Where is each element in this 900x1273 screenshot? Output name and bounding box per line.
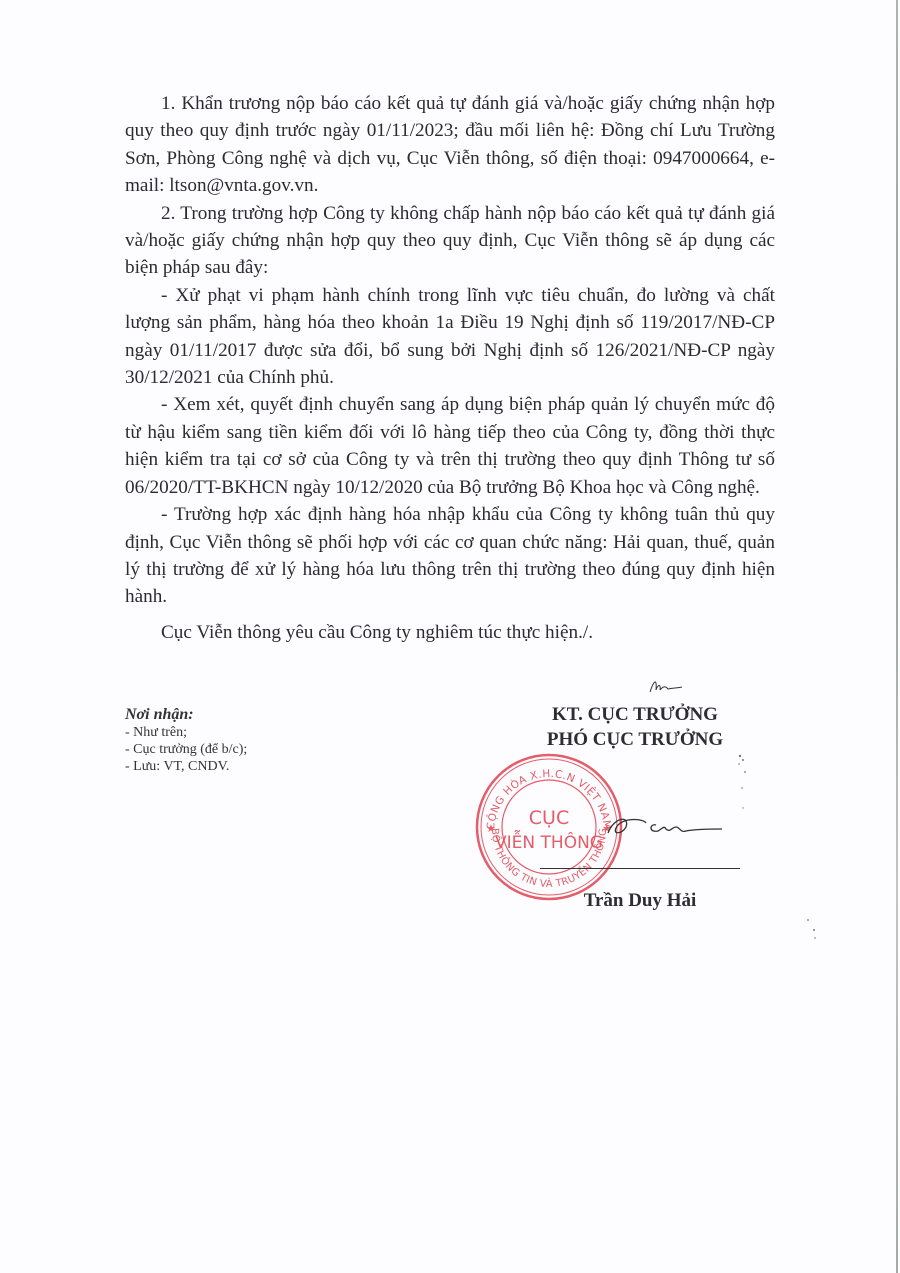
closing-statement: Cục Viễn thông yêu cầu Công ty nghiêm tú… <box>125 619 775 646</box>
svg-text:CỤC: CỤC <box>529 807 569 829</box>
signer-name: Trần Duy Hải <box>560 890 720 912</box>
recipients-block: Nơi nhận: - Như trên; - Cục trưởng (để b… <box>125 706 247 775</box>
recipient-item: - Cục trưởng (để b/c); <box>125 741 247 758</box>
scan-noise-specks <box>730 750 830 970</box>
signature-line <box>540 868 740 869</box>
paragraph-measures-intro: 2. Trong trường hợp Công ty không chấp h… <box>125 200 775 282</box>
paragraph-measure-coordination: - Trường hợp xác định hàng hóa nhập khẩu… <box>125 501 775 611</box>
letter-body: 1. Khẩn trương nộp báo cáo kết quả tự đá… <box>125 90 775 646</box>
recipient-item: - Lưu: VT, CNDV. <box>125 758 247 775</box>
svg-text:★: ★ <box>486 822 496 835</box>
signer-authority: KT. CỤC TRƯỞNG <box>510 702 760 727</box>
handwritten-signature-icon <box>600 805 730 845</box>
paragraph-measure-inspection: - Xem xét, quyết định chuyển sang áp dụn… <box>125 391 775 501</box>
svg-text:VIỄN THÔNG: VIỄN THÔNG <box>495 829 603 853</box>
recipients-title: Nơi nhận: <box>125 706 247 723</box>
paragraph-measure-penalty: - Xử phạt vi phạm hành chính trong lĩnh … <box>125 282 775 392</box>
paragraph-deadline: 1. Khẩn trương nộp báo cáo kết quả tự đá… <box>125 90 775 200</box>
signature-title-block: KT. CỤC TRƯỞNG PHÓ CỤC TRƯỞNG <box>510 702 760 752</box>
page-edge-shadow <box>896 0 898 1273</box>
recipient-item: - Như trên; <box>125 724 247 741</box>
initials-mark-icon <box>648 676 684 696</box>
signer-position: PHÓ CỤC TRƯỞNG <box>510 727 760 752</box>
